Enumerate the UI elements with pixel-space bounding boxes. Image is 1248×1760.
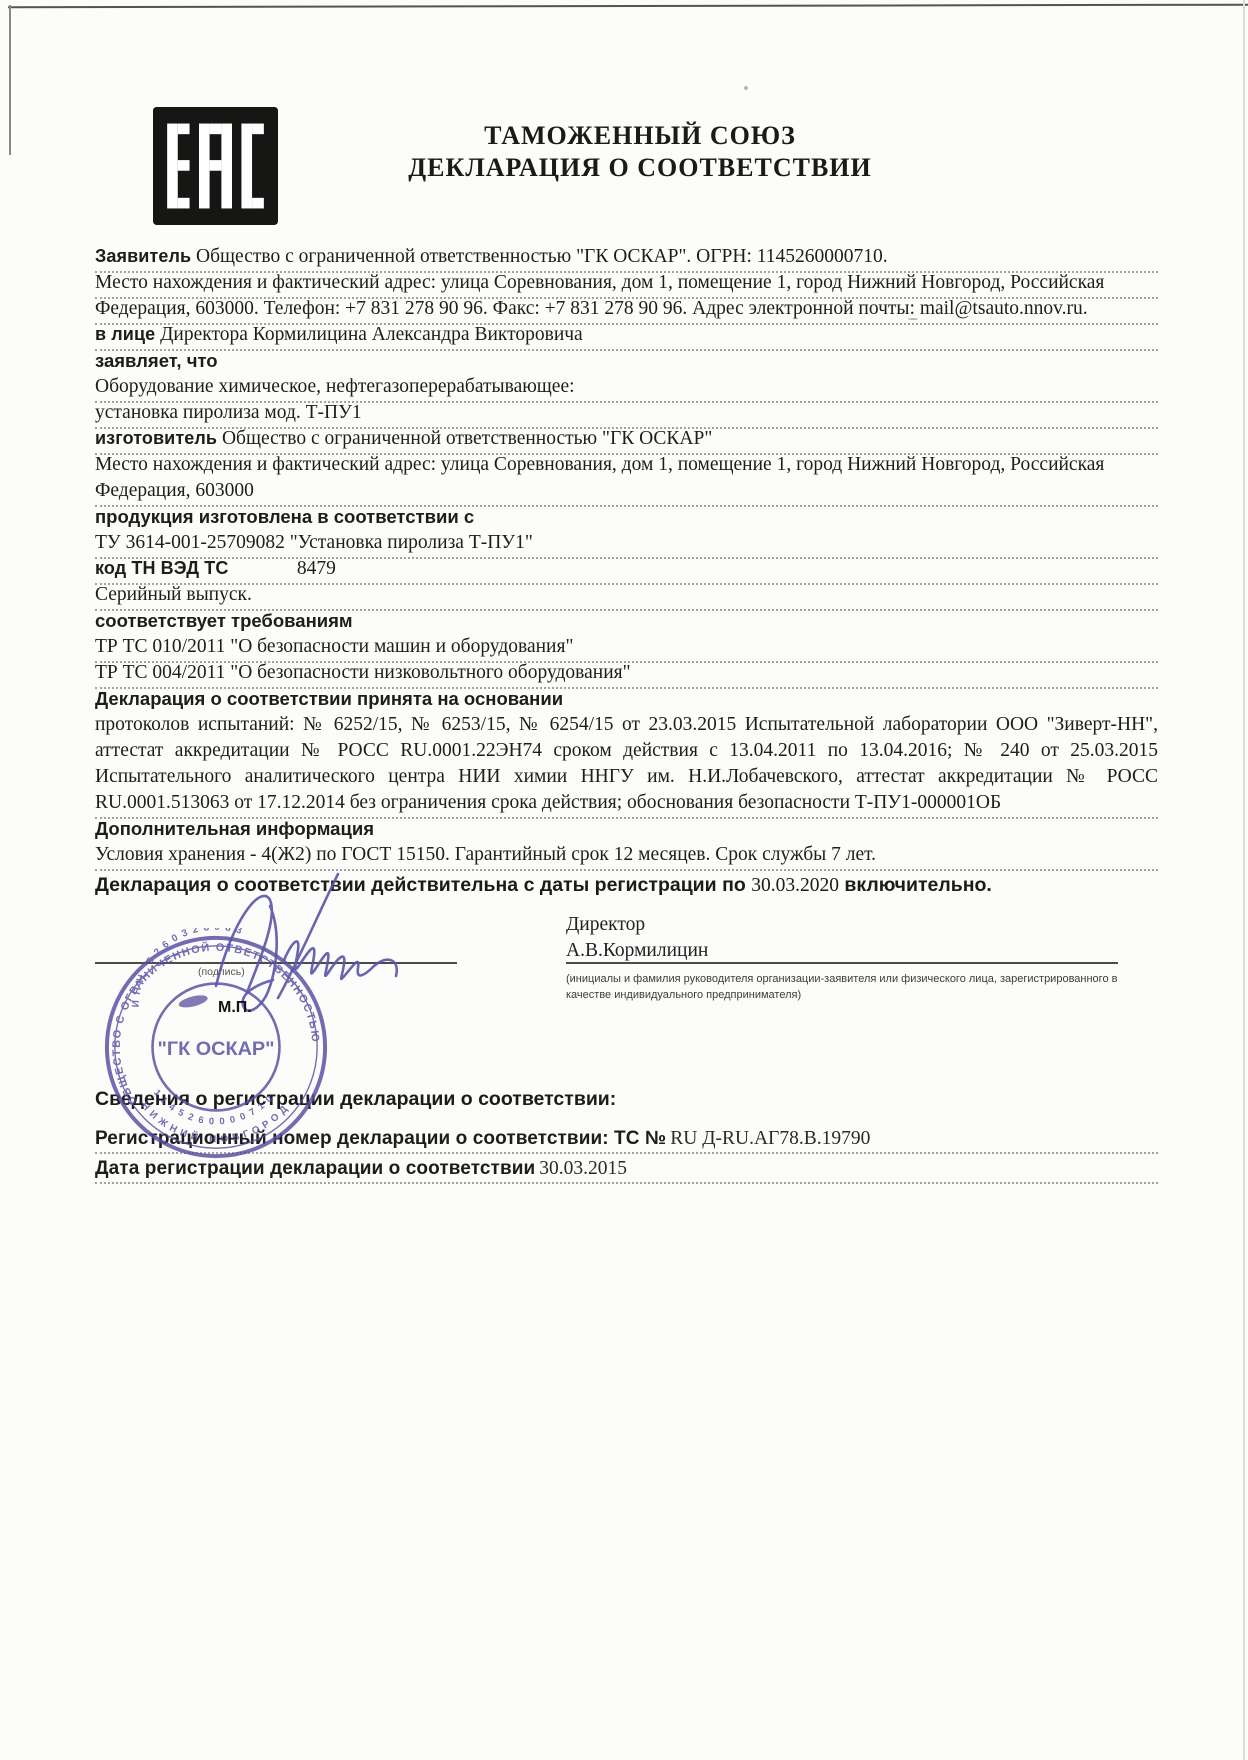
stamp-center-text: "ГК ОСКАР" xyxy=(157,1038,274,1060)
conformity-label: соответствует требованиям xyxy=(95,610,1158,635)
registration-number-value: RU Д-RU.АГ78.В.19790 xyxy=(670,1128,870,1149)
scan-edge-left xyxy=(9,5,11,155)
director-title: Директор xyxy=(566,914,645,936)
field-applicant-address-2: Федерация, 603000. Телефон: +7 831 278 9… xyxy=(95,298,1158,325)
field-regulation-1: ТР ТС 010/2011 "О безопасности машин и о… xyxy=(95,636,1158,663)
applicant-value: Общество с ограниченной ответственностью… xyxy=(196,246,888,267)
field-manufacturer-address-1: Место нахождения и фактический адрес: ул… xyxy=(95,454,1158,479)
field-accordance-value: ТУ 3614-001-25709082 "Установка пиролиза… xyxy=(95,532,1158,559)
registration-date-value: 30.03.2015 xyxy=(539,1158,627,1179)
scan-edge-right xyxy=(1243,0,1245,1760)
field-tnved: код ТН ВЭД ТС 8479 xyxy=(95,558,1158,585)
title-line-2: ДЕКЛАРАЦИЯ О СООТВЕТСТВИИ xyxy=(300,152,980,184)
additional-label: Дополнительная информация xyxy=(95,818,1158,843)
basis-line-4: RU.0001.513063 от 17.12.2014 без огранич… xyxy=(95,792,1158,819)
in-person-label: в лице xyxy=(95,324,155,344)
accordance-label: продукция изготовлена в соответствии с xyxy=(95,506,1158,531)
field-product-2: установка пиролиза мод. Т-ПУ1 xyxy=(95,402,1158,429)
tnved-value: 8479 xyxy=(297,558,336,579)
scan-edge-top xyxy=(8,4,1248,9)
basis-line-3: Испытательного аналитического центра НИИ… xyxy=(95,766,1158,791)
eac-logo-icon xyxy=(153,107,278,225)
field-serial: Серийный выпуск. xyxy=(95,584,1158,611)
manufacturer-label: изготовитель xyxy=(95,428,217,448)
field-applicant: Заявитель Общество с ограниченной ответс… xyxy=(95,246,1158,273)
basis-line-2: аттестат аккредитации № РОСС RU.0001.22Э… xyxy=(95,740,1158,765)
manufacturer-value: Общество с ограниченной ответственностью… xyxy=(222,428,712,449)
declares-label: заявляет, что xyxy=(95,350,1158,375)
scanned-declaration-page: ТАМОЖЕННЫЙ СОЮЗ ДЕКЛАРАЦИЯ О СООТВЕТСТВИ… xyxy=(0,0,1248,1760)
validity-date: 30.03.2020 xyxy=(751,875,839,896)
seal-place-label: М.П. xyxy=(218,999,252,1017)
signature-note: (инициалы и фамилия руководителя организ… xyxy=(566,971,1126,1003)
title-line-1: ТАМОЖЕННЫЙ СОЮЗ xyxy=(300,120,980,152)
document-title: ТАМОЖЕННЫЙ СОЮЗ ДЕКЛАРАЦИЯ О СООТВЕТСТВИ… xyxy=(300,120,980,184)
field-regulation-2: ТР ТС 004/2011 "О безопасности низковоль… xyxy=(95,662,1158,689)
basis-line-1: протоколов испытаний: № 6252/15, № 6253/… xyxy=(95,714,1158,739)
scan-speck xyxy=(744,86,748,90)
tnved-label: код ТН ВЭД ТС xyxy=(95,558,292,579)
field-in-person: в лице Директора Кормилицина Александра … xyxy=(95,324,1158,351)
field-applicant-address-1: Место нахождения и фактический адрес: ул… xyxy=(95,272,1158,299)
field-additional-value: Условия хранения - 4(Ж2) по ГОСТ 15150. … xyxy=(95,844,1158,871)
field-product-1: Оборудование химическое, нефтегазоперера… xyxy=(95,376,1158,403)
name-line xyxy=(566,962,1118,964)
validity-suffix: включительно. xyxy=(844,874,991,896)
applicant-label: Заявитель xyxy=(95,246,191,266)
director-name: А.В.Кормилицин xyxy=(566,940,708,962)
field-manufacturer-address-2: Федерация, 603000 xyxy=(95,480,1158,507)
basis-label: Декларация о соответствии принята на осн… xyxy=(95,688,1158,713)
field-manufacturer: изготовитель Общество с ограниченной отв… xyxy=(95,428,1158,455)
in-person-value: Директора Кормилицина Александра Викторо… xyxy=(160,324,583,345)
